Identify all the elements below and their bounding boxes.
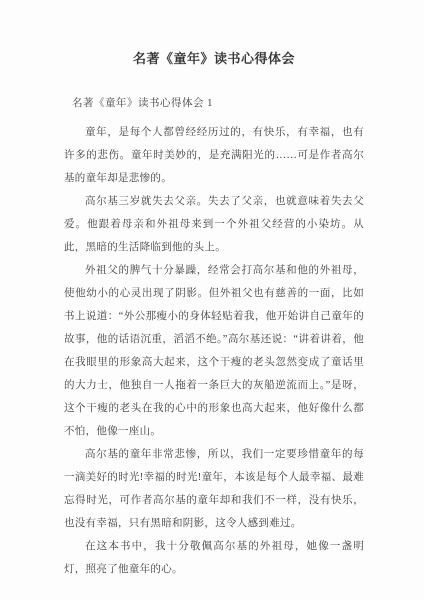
paragraph: 童年，是每个人都曾经经历过的，有快乐，有幸福，也有许多的悲伤。童年时美妙的，是充… <box>64 121 364 190</box>
document-title: 名著《童年》读书心得体会 <box>64 50 364 68</box>
document-body: 童年，是每个人都曾经经历过的，有快乐，有幸福，也有许多的悲伤。童年时美妙的，是充… <box>64 121 364 581</box>
paragraph: 在这本书中，我十分敬佩高尔基的外祖母，她像一盏明灯，照亮了他童年的心。 <box>64 535 364 581</box>
paragraph: 高尔基三岁就失去父亲。失去了父亲，也就意味着失去父爱。他跟着母亲和外祖母来到一个… <box>64 190 364 259</box>
document-page: 名著《童年》读书心得体会 名著《童年》读书心得体会 1 童年，是每个人都曾经经历… <box>0 0 424 600</box>
paragraph: 外祖父的脾气十分暴躁，经常会打高尔基和他的外祖母，使他幼小的心灵出现了阴影。但外… <box>64 259 364 443</box>
document-subtitle: 名著《童年》读书心得体会 1 <box>64 95 364 113</box>
paragraph: 高尔基的童年非常悲惨，所以，我们一定要珍惜童年的每一滴美好的时光!幸福的时光!童… <box>64 443 364 535</box>
